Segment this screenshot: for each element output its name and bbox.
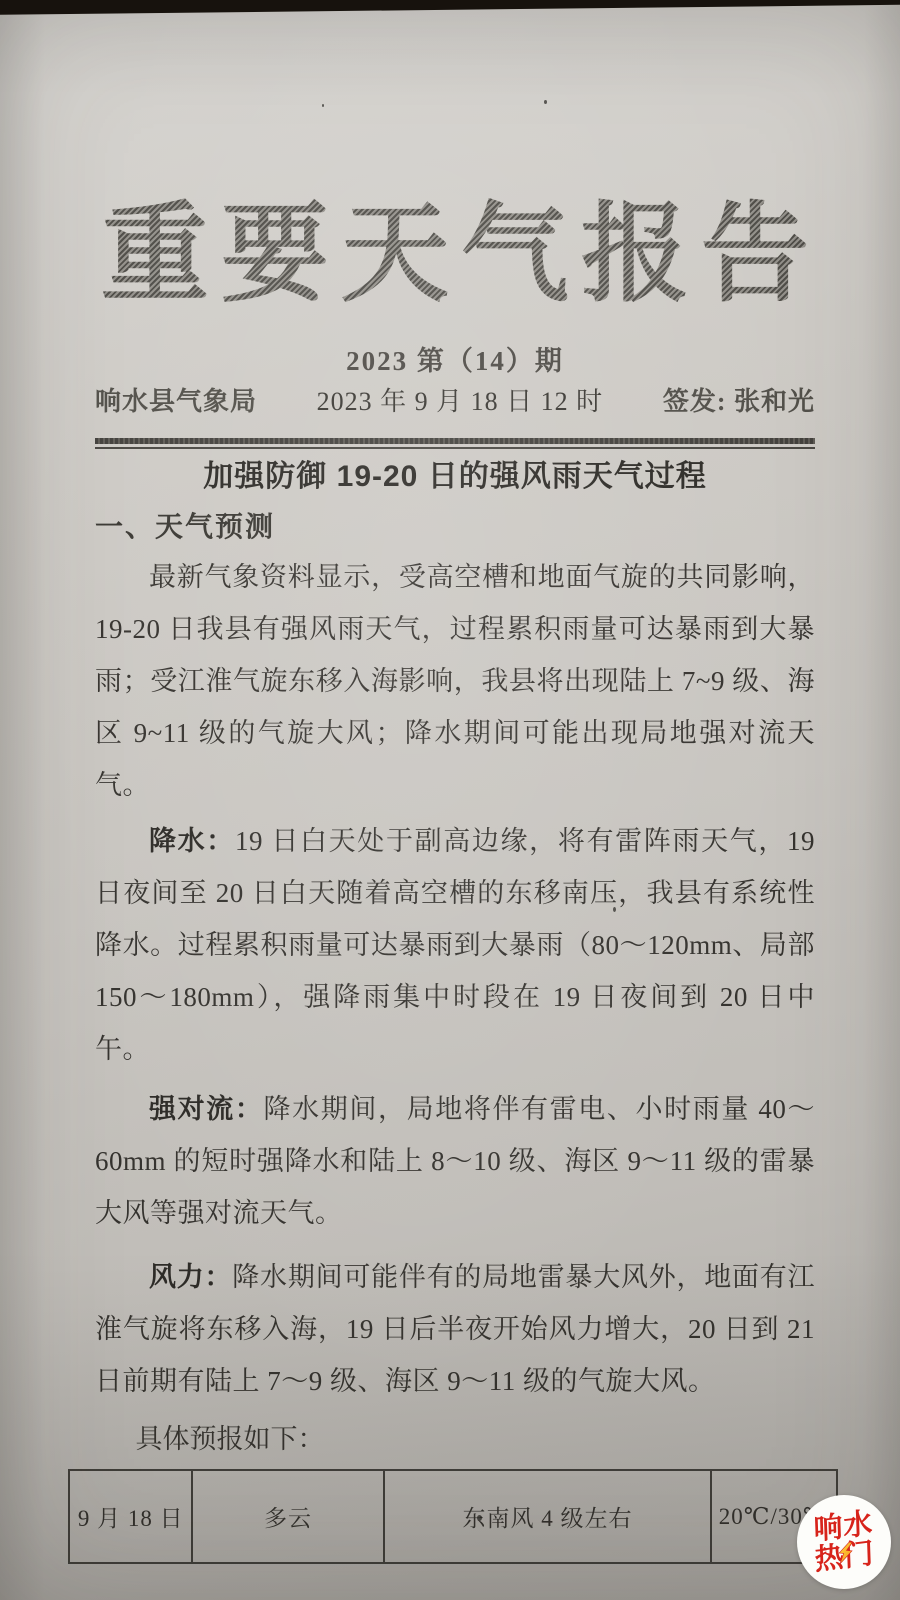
header-separator-rule bbox=[95, 438, 815, 449]
paragraph-lead: 强对流： bbox=[149, 1094, 263, 1124]
separator-thick-line bbox=[95, 438, 815, 444]
lightning-bolt-icon bbox=[837, 1540, 854, 1565]
forecast-wind-cell: 东南风 4 级左右 bbox=[384, 1470, 712, 1563]
paper-speck bbox=[322, 104, 324, 107]
forecast-table: 9 月 18 日 多云 东南风 4 级左右 20℃/30℃ bbox=[68, 1469, 838, 1564]
issuing-agency: 响水县气象局 bbox=[95, 386, 257, 418]
paragraph-text: 19 日白天处于副高边缘，将有雷阵雨天气，19 日夜间至 20 日白天随着高空槽… bbox=[95, 826, 815, 1064]
paper-speck bbox=[477, 1515, 482, 1521]
paragraph-lead: 风力： bbox=[149, 1262, 232, 1292]
paragraph-overview: 最新气象资料显示，受高空槽和地面气旋的共同影响，19-20 日我县有强风雨天气，… bbox=[95, 551, 815, 811]
paragraph-convection: 强对流：降水期间，局地将伴有雷电、小时雨量 40～60mm 的短时强降水和陆上 … bbox=[95, 1083, 815, 1239]
issue-number: 2023 第（14）期 bbox=[95, 346, 815, 376]
forecast-table-intro: 具体预报如下： bbox=[95, 1413, 815, 1465]
forecast-date-cell: 9 月 18 日 bbox=[69, 1470, 192, 1563]
issue-datetime: 2023 年 9 月 18 日 12 时 bbox=[317, 386, 604, 418]
paragraph-lead: 降水： bbox=[149, 826, 235, 856]
report-masthead-title: 重要天气报告 bbox=[95, 198, 827, 310]
paragraph-wind: 风力：降水期间可能伴有的局地雷暴大风外，地面有江淮气旋将东移入海，19 日后半夜… bbox=[95, 1251, 815, 1407]
hot-news-watermark-badge: 响水 热门 bbox=[797, 1495, 891, 1589]
table-row: 9 月 18 日 多云 东南风 4 级左右 20℃/30℃ bbox=[69, 1470, 837, 1563]
section-heading-forecast: 一、天气预测 bbox=[95, 512, 815, 542]
paper-speck bbox=[613, 907, 616, 912]
signer: 签发: 张和光 bbox=[663, 386, 815, 418]
report-headline: 加强防御 19-20 日的强风雨天气过程 bbox=[95, 459, 815, 495]
weather-report-document: 重要天气报告 2023 第（14）期 响水县气象局 2023 年 9 月 18 … bbox=[0, 0, 900, 1564]
document-photo: 重要天气报告 2023 第（14）期 响水县气象局 2023 年 9 月 18 … bbox=[0, 0, 900, 1600]
paper-speck bbox=[544, 100, 547, 104]
paragraph-precipitation: 降水：19 日白天处于副高边缘，将有雷阵雨天气，19 日夜间至 20 日白天随着… bbox=[95, 815, 815, 1075]
paragraph-text: 最新气象资料显示，受高空槽和地面气旋的共同影响，19-20 日我县有强风雨天气，… bbox=[95, 562, 815, 800]
separator-thin-line bbox=[95, 447, 815, 449]
document-meta-row: 响水县气象局 2023 年 9 月 18 日 12 时 签发: 张和光 bbox=[95, 386, 815, 418]
forecast-sky-cell: 多云 bbox=[192, 1470, 383, 1563]
